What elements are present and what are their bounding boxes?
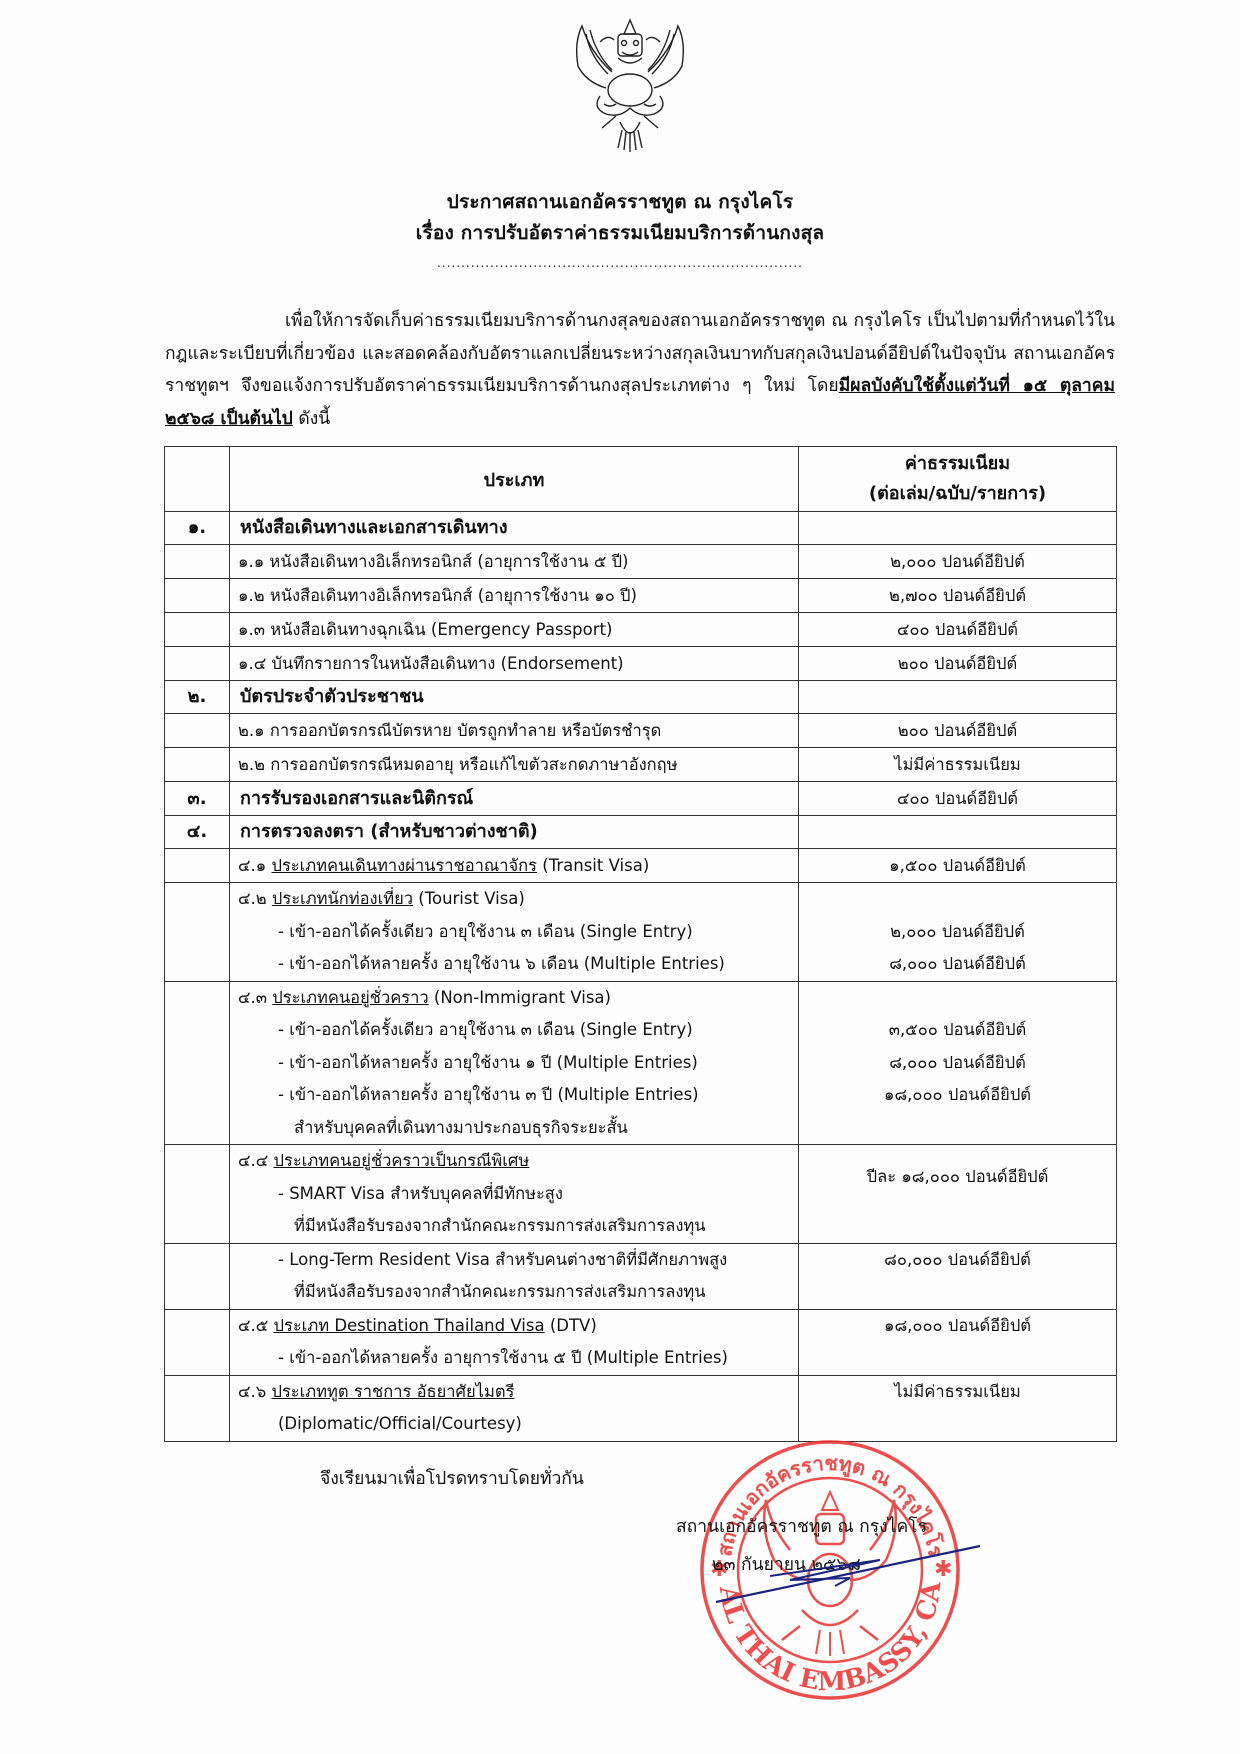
table-row-dtv-visa: ๔.๕ ประเภท Destination Thailand Visa (DT… <box>165 1309 1117 1375</box>
intro-text-end: ดังนี้ <box>293 409 330 429</box>
table-row-ltr-visa: - Long-Term Resident Visa สำหรับคนต่างชา… <box>165 1243 1117 1309</box>
table-row-transit-visa: ๔.๑ ประเภทคนเดินทางผ่านราชอาณาจักร (Tran… <box>165 849 1117 883</box>
table-row-section: ๔. การตรวจลงตรา (สำหรับชาวต่างชาติ) <box>165 816 1117 849</box>
table-row: ๒.๑ การออกบัตรกรณีบัตรหาย บัตรถูกทำลาย ห… <box>165 714 1117 748</box>
header-type: ประเภท <box>230 447 799 512</box>
table-row: ๑.๑ หนังสือเดินทางอิเล็กทรอนิกส์ (อายุกา… <box>165 545 1117 579</box>
announcement-subject: เรื่อง การปรับอัตราค่าธรรมเนียมบริการด้า… <box>0 218 1240 248</box>
document-page: ประกาศสถานเอกอัครราชทูต ณ กรุงไคโร เรื่อ… <box>0 0 1240 1754</box>
table-row-section: ๑. หนังสือเดินทางและเอกสารเดินทาง <box>165 512 1117 545</box>
table-row-smart-visa: ๔.๔ ประเภทคนอยู่ชั่วคราวเป็นกรณีพิเศษ - … <box>165 1145 1117 1244</box>
table-row: ๑.๒ หนังสือเดินทางอิเล็กทรอนิกส์ (อายุกา… <box>165 579 1117 613</box>
table-row: ๒.๒ การออกบัตรกรณีหมดอายุ หรือแก้ไขตัวสะ… <box>165 748 1117 782</box>
header-number <box>165 447 230 512</box>
intro-paragraph: เพื่อให้การจัดเก็บค่าธรรมเนียมบริการด้าน… <box>165 305 1115 435</box>
table-row-diplomatic-visa: ๔.๖ ประเภททูต ราชการ อัธยาศัยไมตรี (Dipl… <box>165 1375 1117 1441</box>
header-fee: ค่าธรรมเนียม (ต่อเล่ม/ฉบับ/รายการ) <box>799 447 1117 512</box>
table-header-row: ประเภท ค่าธรรมเนียม (ต่อเล่ม/ฉบับ/รายการ… <box>165 447 1117 512</box>
table-row-non-immigrant-visa: ๔.๓ ประเภทคนอยู่ชั่วคราว (Non-Immigrant … <box>165 981 1117 1145</box>
table-row: ๑.๔ บันทึกรายการในหนังสือเดินทาง (Endors… <box>165 647 1117 681</box>
title-separator: ........................................… <box>0 256 1240 270</box>
signature-icon <box>700 1530 990 1630</box>
fee-table: ประเภท ค่าธรรมเนียม (ต่อเล่ม/ฉบับ/รายการ… <box>164 446 1117 1442</box>
garuda-emblem-icon <box>560 12 700 157</box>
table-row-tourist-visa: ๔.๒ ประเภทนักท่องเที่ยว (Tourist Visa) -… <box>165 883 1117 982</box>
table-row: ๑.๓ หนังสือเดินทางฉุกเฉิน (Emergency Pas… <box>165 613 1117 647</box>
table-row-section: ๓. การรับรองเอกสารและนิติกรณ์ ๔๐๐ ปอนด์อ… <box>165 782 1117 816</box>
table-row-section: ๒. บัตรประจำตัวประชาชน <box>165 681 1117 714</box>
closing-statement: จึงเรียนมาเพื่อโปรดทราบโดยทั่วกัน <box>320 1464 584 1492</box>
announcement-title: ประกาศสถานเอกอัครราชทูต ณ กรุงไคโร <box>0 187 1240 217</box>
